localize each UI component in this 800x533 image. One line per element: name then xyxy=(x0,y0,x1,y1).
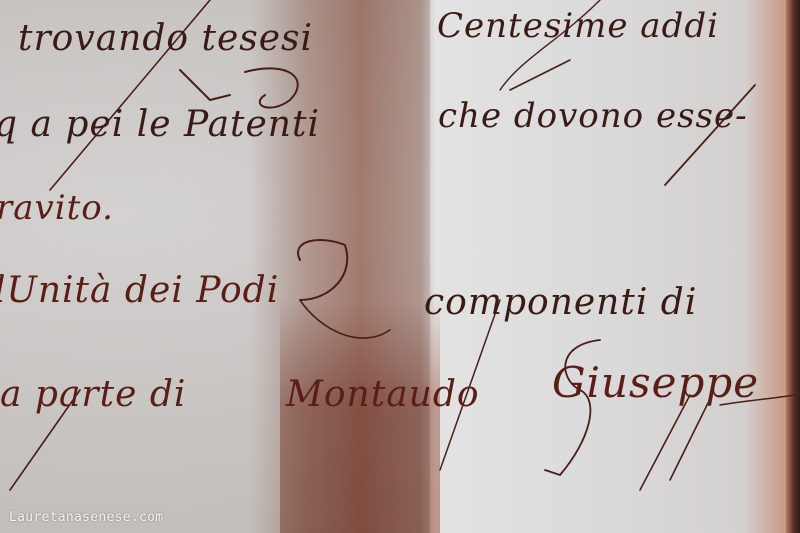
manuscript-line-3: ravito. xyxy=(0,188,114,228)
manuscript-line-4a: lUnità dei Podi xyxy=(0,270,279,311)
manuscript-signature: Giuseppe xyxy=(552,358,759,407)
manuscript-line-2b: che dovono esse- xyxy=(438,96,748,136)
manuscript-line-5a: a parte di xyxy=(0,374,186,415)
watermark-text: Lauretanasenese.com xyxy=(9,510,163,525)
manuscript-photo: trovando tesesi Centesime addi q a pei l… xyxy=(0,0,800,533)
manuscript-line-1a: trovando tesesi xyxy=(18,18,313,59)
manuscript-line-4b: componenti di xyxy=(424,282,697,323)
pen-flourishes xyxy=(0,0,800,533)
manuscript-line-2a: q a pei le Patenti xyxy=(0,104,320,145)
manuscript-line-5b: Montaudo xyxy=(286,374,480,415)
manuscript-line-1b: Centesime addi xyxy=(437,6,719,46)
